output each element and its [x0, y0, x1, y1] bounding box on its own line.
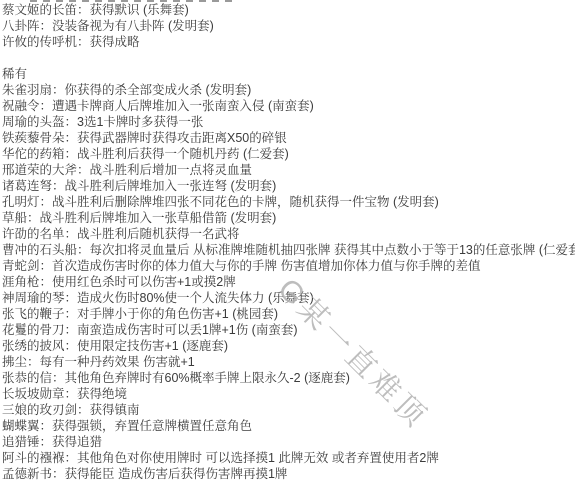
item-line: 周瑜的头盔：3选1卡牌时多获得一张	[0, 114, 575, 130]
item-line: 孟德新书：获得能臣 造成伤害后获得伤害牌再摸1牌	[0, 466, 575, 482]
item-line: 阿斗的襁褓：其他角色对你使用牌时 可以选择摸1 此牌无效 或者弃置使用者2牌	[0, 450, 575, 466]
item-line: 孔明灯：战斗胜利后删除牌堆四张不同花色的卡牌，随机获得一件宝物 (发明套)	[0, 194, 575, 210]
item-line: 三娘的玫刃剑：获得镇南	[0, 402, 575, 418]
item-line: 华佗的药箱：战斗胜利后获得一个随机丹药 (仁爱套)	[0, 146, 575, 162]
item-line: 神周瑜的琴：造成火伤时80%使一个人流失体力 (乐舞套)	[0, 290, 575, 306]
item-line: 邢道荣的大斧：战斗胜利后增加一点将灵血量	[0, 162, 575, 178]
item-line: 追猎锤：获得追猎	[0, 434, 575, 450]
item-line: 许攸的传呼机：获得成略	[0, 34, 575, 50]
item-line: 铁蒺藜骨朵：获得武器牌时获得攻击距离X50的碎银	[0, 130, 575, 146]
blank-line	[0, 50, 575, 66]
section-heading-rare: 稀有	[0, 66, 575, 82]
item-line: 长坂坡勋章：获得绝境	[0, 386, 575, 402]
item-line: 拂尘：每有一种丹药效果 伤害就+1	[0, 354, 575, 370]
item-line: 八卦阵：没装备视为有八卦阵 (发明套)	[0, 18, 575, 34]
item-line: 张飞的鞭子：对手牌小于你的角色伤害+1 (桃园套)	[0, 306, 575, 322]
item-line: 青蛇剑：首次造成伤害时你的体力值大与你的手牌 伤害值增加你体力值与你手牌的差值	[0, 258, 575, 274]
item-line: 朱雀羽扇：你获得的杀全部变成火杀 (发明套)	[0, 82, 575, 98]
item-line: 草船：战斗胜利后牌堆加入一张草船借箭 (发明套)	[0, 210, 575, 226]
item-line: 曹冲的石头船：每次扣将灵血量后 从标准牌堆随机抽四张牌 获得其中点数小于等于13…	[0, 242, 575, 258]
item-line: 许劭的名单：战斗胜利后随机获得一名武将	[0, 226, 575, 242]
item-line: 涯角枪：使用红色杀时可以伤害+1或摸2牌	[0, 274, 575, 290]
item-line: 蝴蝶翼：获得强锁，弃置任意牌横置任意角色	[0, 418, 575, 434]
item-line: 花鬘的骨刀：南蛮造成伤害时可以丢1牌+1伤 (南蛮套)	[0, 322, 575, 338]
item-line: 诸葛连弩：战斗胜利后牌堆加入一张连弩 (发明套)	[0, 178, 575, 194]
item-list-document: 蔡文姬的长笛：获得默识 (乐舞套) 八卦阵：没装备视为有八卦阵 (发明套) 许攸…	[0, 0, 575, 483]
item-line: 张恭的信：其他角色弃牌时有60%概率手牌上限永久-2 (逐鹿套)	[0, 370, 575, 386]
item-line: 祝融令：遭遇卡牌商人后牌堆加入一张南蛮入侵 (南蛮套)	[0, 98, 575, 114]
item-line: 蔡文姬的长笛：获得默识 (乐舞套)	[0, 2, 575, 18]
item-line: 张绣的披风：使用限定技伤害+1 (逐鹿套)	[0, 338, 575, 354]
